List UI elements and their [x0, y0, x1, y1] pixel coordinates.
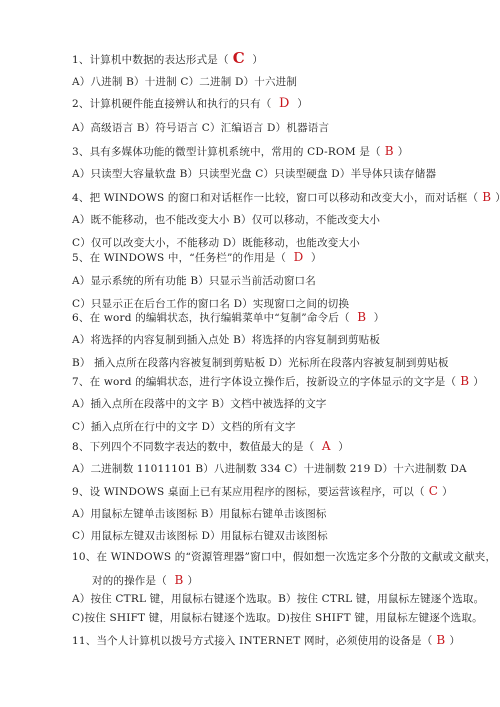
question-6: 6、在 word 的编辑状态，执行编辑菜单中“复制”命令后（ B ）	[72, 306, 384, 328]
options-9a: A）用鼠标左键单击该图标 B）用鼠标右键单击该图标	[72, 503, 327, 525]
options-10b: C)按住 SHIFT 键，用鼠标右键逐个选取。D)按住 SHIFT 键，用鼠标左…	[72, 607, 483, 629]
answer: B	[456, 374, 473, 388]
question-11: 11、当个人计算机以拨号方式接入 INTERNET 网时，必须使用的设备是（B）	[72, 629, 460, 651]
question-5: 5、在 WINDOWS 中，“任务栏”的作用是（ D ）	[72, 246, 322, 268]
options-7a: A）插入点所在段落中的文字 B）文档中被选择的文字	[72, 393, 327, 415]
paren-close: ）	[495, 192, 500, 204]
question-1: 1、计算机中数据的表达形式是（C ）	[72, 47, 263, 69]
question-9: 9、设 WINDOWS 桌面上已有某应用程序的图标，要运营该程序，可以（C）	[72, 480, 453, 502]
question-stem: 11、当个人计算机以拨号方式接入 INTERNET 网时，必须使用的设备是（	[72, 635, 432, 647]
answer: C	[425, 484, 442, 498]
question-stem: 1、计算机中数据的表达形式是（	[72, 54, 229, 66]
paren-close: ）	[335, 441, 349, 453]
answer: C	[229, 49, 249, 67]
question-stem: 9、设 WINDOWS 桌面上已有某应用程序的图标，要运营该程序，可以（	[72, 486, 425, 498]
question-stem: 6、在 word 的编辑状态，执行编辑菜单中“复制”命令后（	[72, 312, 353, 324]
question-stem: 5、在 WINDOWS 中，“任务栏”的作用是（	[72, 252, 290, 264]
paren-close: ）	[370, 312, 384, 324]
question-stem: 7、在 word 的编辑状态，进行字体设立操作后，按新设立的字体显示的文字是（	[72, 376, 456, 388]
options-3: A）只读型大容量软盘 B）只读型光盘 C）只读型硬盘 D）半导体只读存储器	[72, 163, 436, 185]
paren-close: ）	[442, 486, 453, 498]
question-10: 10、在 WINDOWS 的“资源管理器”窗口中，假如想一次选定多个分散的文献或…	[72, 546, 496, 568]
answer: D	[290, 250, 308, 264]
options-6a: A）将选择的内容复制到插入点处 B）将选择的内容复制到剪贴板	[72, 329, 380, 351]
paren-close: ）	[398, 146, 409, 158]
answer: B	[432, 633, 449, 647]
options-8: A）二进制数 11011101 B）八进制数 334 C）十进制数 219 D）…	[72, 458, 467, 480]
paren-close: ）	[187, 575, 198, 587]
question-2: 2、计算机硬件能直接辨认和执行的只有（ D ）	[72, 93, 308, 115]
question-stem: 4、把 WINDOWS 的窗口和对话框作一比较，窗口可以移动和改变大小，而对话框…	[72, 192, 478, 204]
answer: A	[318, 439, 335, 453]
paren-close: ）	[307, 252, 321, 264]
options-5a: A）显示系统的所有功能 B）只显示当前活动窗口名	[72, 270, 316, 292]
answer: B	[478, 190, 495, 204]
question-3: 3、具有多媒体功能的微型计算机系统中，常用的 CD-ROM 是（B）	[72, 140, 408, 162]
question-stem: 2、计算机硬件能直接辨认和执行的只有（	[72, 98, 275, 110]
question-stem: 3、具有多媒体功能的微型计算机系统中，常用的 CD-ROM 是（	[72, 146, 381, 158]
answer: B	[381, 144, 398, 158]
paren-close: ）	[473, 376, 484, 388]
question-4: 4、把 WINDOWS 的窗口和对话框作一比较，窗口可以移动和改变大小，而对话框…	[72, 186, 500, 208]
question-7: 7、在 word 的编辑状态，进行字体设立操作后，按新设立的字体显示的文字是（B…	[72, 370, 484, 392]
question-stem: 对的的操作是（	[92, 575, 170, 587]
paren-close: ）	[449, 635, 460, 647]
options-9b: C）用鼠标左键双击该图标 D）用鼠标右键双击该图标	[72, 525, 328, 547]
answer: B	[353, 310, 370, 324]
exam-page: 1、计算机中数据的表达形式是（C ） A）八进制 B）十进制 C）二进制 D）十…	[0, 0, 500, 707]
options-2: A）高级语言 B）符号语言 C）汇编语言 D）机器语言	[72, 117, 329, 139]
answer: B	[170, 573, 187, 587]
question-stem: 8、下列四个不同数字表达的数中，数值最大的是（	[72, 441, 318, 453]
answer: D	[275, 96, 294, 111]
paren-close: ）	[249, 54, 263, 66]
paren-close: ）	[294, 98, 308, 110]
question-8: 8、下列四个不同数字表达的数中，数值最大的是（ A ）	[72, 435, 349, 457]
options-1: A）八进制 B）十进制 C）二进制 D）十六进制	[72, 71, 297, 93]
options-4a: A）既不能移动，也不能改变大小 B）仅可以移动，不能改变大小	[72, 209, 380, 231]
